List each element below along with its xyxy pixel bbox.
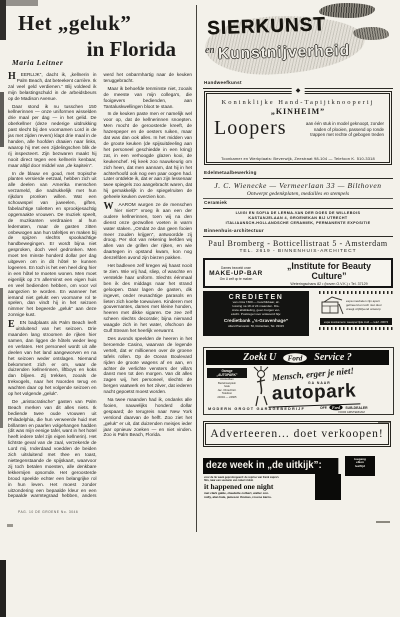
ad-kinheim: ◆ Koninklijke Hand-Tapijtknooperij „KINH…: [204, 91, 392, 165]
ink-smudge-decoration: [353, 27, 389, 40]
article-paragraph: Na twee maanden had ik, ondanks alle foo…: [104, 397, 193, 438]
autopark-banner: Zoekt U Ford Service ?: [206, 350, 389, 365]
article-paragraph: In de keuken paste men er namelijk wel v…: [104, 111, 193, 200]
ad-lerma: LUIGI EN SOFIA DE LERMA-VAN DER DOES DE …: [203, 211, 393, 227]
section-label-ceramiek: Ceramiek: [204, 200, 227, 205]
makeup-institute-title: „Institute for Beauty Culture”: [269, 261, 389, 281]
ad-makeup-bar: Dames bezoekt onze MAKE-UP-BAR Om U zelf…: [203, 258, 393, 288]
dealer-pre: OFF.: [320, 406, 327, 410]
rule: [203, 236, 393, 237]
article-title: Het „geluk” in Florida: [10, 11, 188, 62]
article-title-line1: Het „geluk”: [10, 11, 188, 36]
article-paragraph: Het badleven zelf kregen wij haast nooit…: [104, 263, 193, 334]
ad-wienecke: J. C. Wienecke — Vermeerlaan 33 — Biltho…: [203, 181, 393, 197]
article-byline: Maria Leitner: [12, 58, 63, 67]
makeup-right-block: „Institute for Beauty Culture” Weterings…: [267, 261, 391, 286]
espa-line: vraagt vrijblijvend ontwerp: [346, 308, 382, 312]
ad-credieten: CREDIETEN van circa f 600.— beschikbaar,…: [203, 291, 309, 336]
column-divider: [196, 5, 197, 532]
makeup-bar-title: MAKE-UP-BAR: [205, 270, 267, 277]
masthead-word-en: en: [205, 45, 214, 56]
makeup-left-block: Dames bezoekt onze MAKE-UP-BAR Om U zelf…: [205, 265, 267, 282]
kinheim-product: Loopers: [214, 117, 287, 140]
newspaper-page: Het „geluk” in Florida Maria Leitner HEE…: [0, 0, 400, 617]
lerma-line3: ITALIAANSCH-HOLLANDSCHE CERAMIEK, PERMAN…: [203, 221, 393, 226]
ad-autopark: Zoekt U Ford Service ? Garage „AUTOPARK”…: [203, 347, 394, 415]
drop-cap: H: [8, 72, 16, 81]
autopark-slogan: Mensch, erger je niet!: [272, 365, 355, 382]
autopark-bottom-line: MODERN GROOT GARAGEBEDRIJF: [208, 407, 305, 411]
section-label-edelmetaal: Edelmetaalbewerking: [204, 170, 257, 175]
banner-text-post: Service ?: [314, 352, 352, 363]
autopark-garage-block: Garage „AUTOPARK” Amsterdam Bertelmanple…: [207, 368, 247, 399]
autopark-dealer-city: VOOR AMSTERDAM: [338, 410, 365, 414]
dealer-post: SUB-DEALER: [345, 406, 367, 410]
scan-artifact: [6, 0, 38, 6]
svg-text:Ford: Ford: [288, 354, 303, 362]
scan-artifact: [7, 524, 13, 527]
diamond-ornament-icon: ◆: [292, 88, 305, 95]
credieten-bank: Credietbank „’s-Gravenhage”: [206, 318, 306, 323]
drop-cap: E: [8, 320, 15, 329]
masthead-word-sierkunst: Sierkunst: [207, 14, 326, 40]
film-cast-line: nolly, alan hale, jameson thomas, roscoe…: [204, 496, 312, 500]
section-masthead: Sierkunst en Kunstnijverheid: [203, 3, 394, 79]
scan-artifact: [0, 288, 3, 428]
espa-text: espa meubelen zijn apart gefineerd en to…: [346, 300, 382, 312]
furniture-sketch-icon: [320, 296, 344, 316]
rule: [203, 198, 393, 199]
ad-bromberg: Paul Bromberg - Botticellistraat 5 - Ams…: [203, 239, 393, 254]
ads-column: Sierkunst en Kunstnijverheid Handweefkun…: [203, 0, 394, 617]
rule: [203, 178, 393, 179]
rule: [203, 208, 393, 209]
kinheim-name: „KINHEIM”: [205, 107, 391, 116]
admission-line: leeftijd: [345, 465, 375, 469]
espa-showroom-line: espa toonkamers: weesperzijde zuid — tel…: [320, 318, 392, 325]
kinheim-description: aan één stuk in model geknoopt, zonder n…: [306, 121, 384, 138]
kinheim-desc-line: trappen met rechte of gebogen treden: [306, 132, 384, 138]
drop-cap: W: [104, 202, 114, 211]
section-label-handweefkunst: Handweefkunst: [204, 80, 242, 85]
uitkijk-admission-box: toegang elken leeftijd: [345, 456, 375, 476]
credieten-address: Allard Piersonstr. 56, Rotterdam, Tel. 3…: [206, 324, 306, 328]
garage-line: 24604 — 24605: [207, 396, 247, 400]
bromberg-line2: TEL. 2619 - BINNENHUIS-ARCHITECT: [203, 249, 393, 254]
bromberg-line1: Paul Bromberg - Botticellistraat 5 - Ams…: [203, 239, 393, 248]
wienecke-line2: Ontwerpt gedenkplaten, medailles en stem…: [203, 191, 393, 197]
film-title: it happened one night: [204, 483, 312, 491]
masthead-word-kunstnijverheid: Kunstnijverheid: [218, 42, 351, 63]
article-body: HEERLIJK”, dacht ik, „kellnerin in Palm …: [8, 72, 192, 506]
ad-uitkijk: deze week in „de uitkijk”: toegang elken…: [203, 456, 393, 510]
article-paragraph: HEERLIJK”, dacht ik, „kellnerin in Palm …: [8, 72, 97, 102]
adverteeren-text: Adverteeren... doet verkoopen!: [210, 428, 383, 440]
wienecke-line1: J. C. Wienecke — Vermeerlaan 33 — Biltho…: [203, 181, 393, 190]
article-paragraph: Maar ik behoefde tenminste niet, zooals …: [104, 86, 193, 110]
uitkijk-film-block: voor de 3e week geprolongeerd: de repris…: [204, 476, 312, 500]
banner-text-pre: Zoekt U: [243, 352, 276, 363]
garage-name: „AUTOPARK”: [207, 373, 247, 377]
article-paragraph: WAAROM wurgen ze de menschen hier niet?”…: [104, 202, 193, 261]
uitkijk-black-block: [315, 474, 341, 500]
dashed-border-decoration: [319, 327, 393, 330]
ad-espa: espa meubelen zijn apart gefineerd en to…: [319, 291, 393, 337]
page-footer: PAG. 10 DE GROENE No. 3046: [18, 510, 78, 514]
credieten-line: eischt. Postzegel voor antwoord bijv.: [206, 313, 306, 317]
makeup-address: Weteringschans 82 • (boven O.V.K.) • Tel…: [267, 282, 391, 286]
article-paragraph: Des avonds speelden de heeren in het ber…: [104, 336, 193, 395]
scan-artifact: [0, 92, 4, 147]
uitkijk-title-bar: deze week in „de uitkijk”:: [203, 458, 338, 474]
article-paragraph: EEN badplaats als Palm Beach leeft uitsl…: [8, 320, 97, 397]
kinheim-title: Koninklijke Hand-Tapijtknooperij: [205, 99, 391, 106]
kinheim-desc-line: aan één stuk in model geknoopt, zonder: [306, 121, 384, 127]
scan-artifact: [0, 0, 6, 40]
article-paragraph: Daar stond ik nu tusschen 150 kellnerinn…: [8, 104, 97, 169]
kinheim-address: Toonkamer en Werkplaats: Beverwijk, Zees…: [205, 156, 391, 161]
garage-name-box: Garage „AUTOPARK”: [207, 368, 247, 378]
ad-adverteeren: Adverteeren... doet verkoopen!: [203, 421, 391, 447]
article-paragraph: In de blauw en goud, met tropische plant…: [8, 171, 97, 319]
ink-smudge-decoration: [319, 3, 375, 18]
makeup-bottom-line: Om U zelf op te maken: [205, 277, 267, 281]
section-label-binnenhuis: Binnenhuis-architectuur: [204, 228, 264, 233]
scan-artifact: [0, 560, 6, 617]
ford-oval-icon: Ford: [282, 352, 308, 364]
